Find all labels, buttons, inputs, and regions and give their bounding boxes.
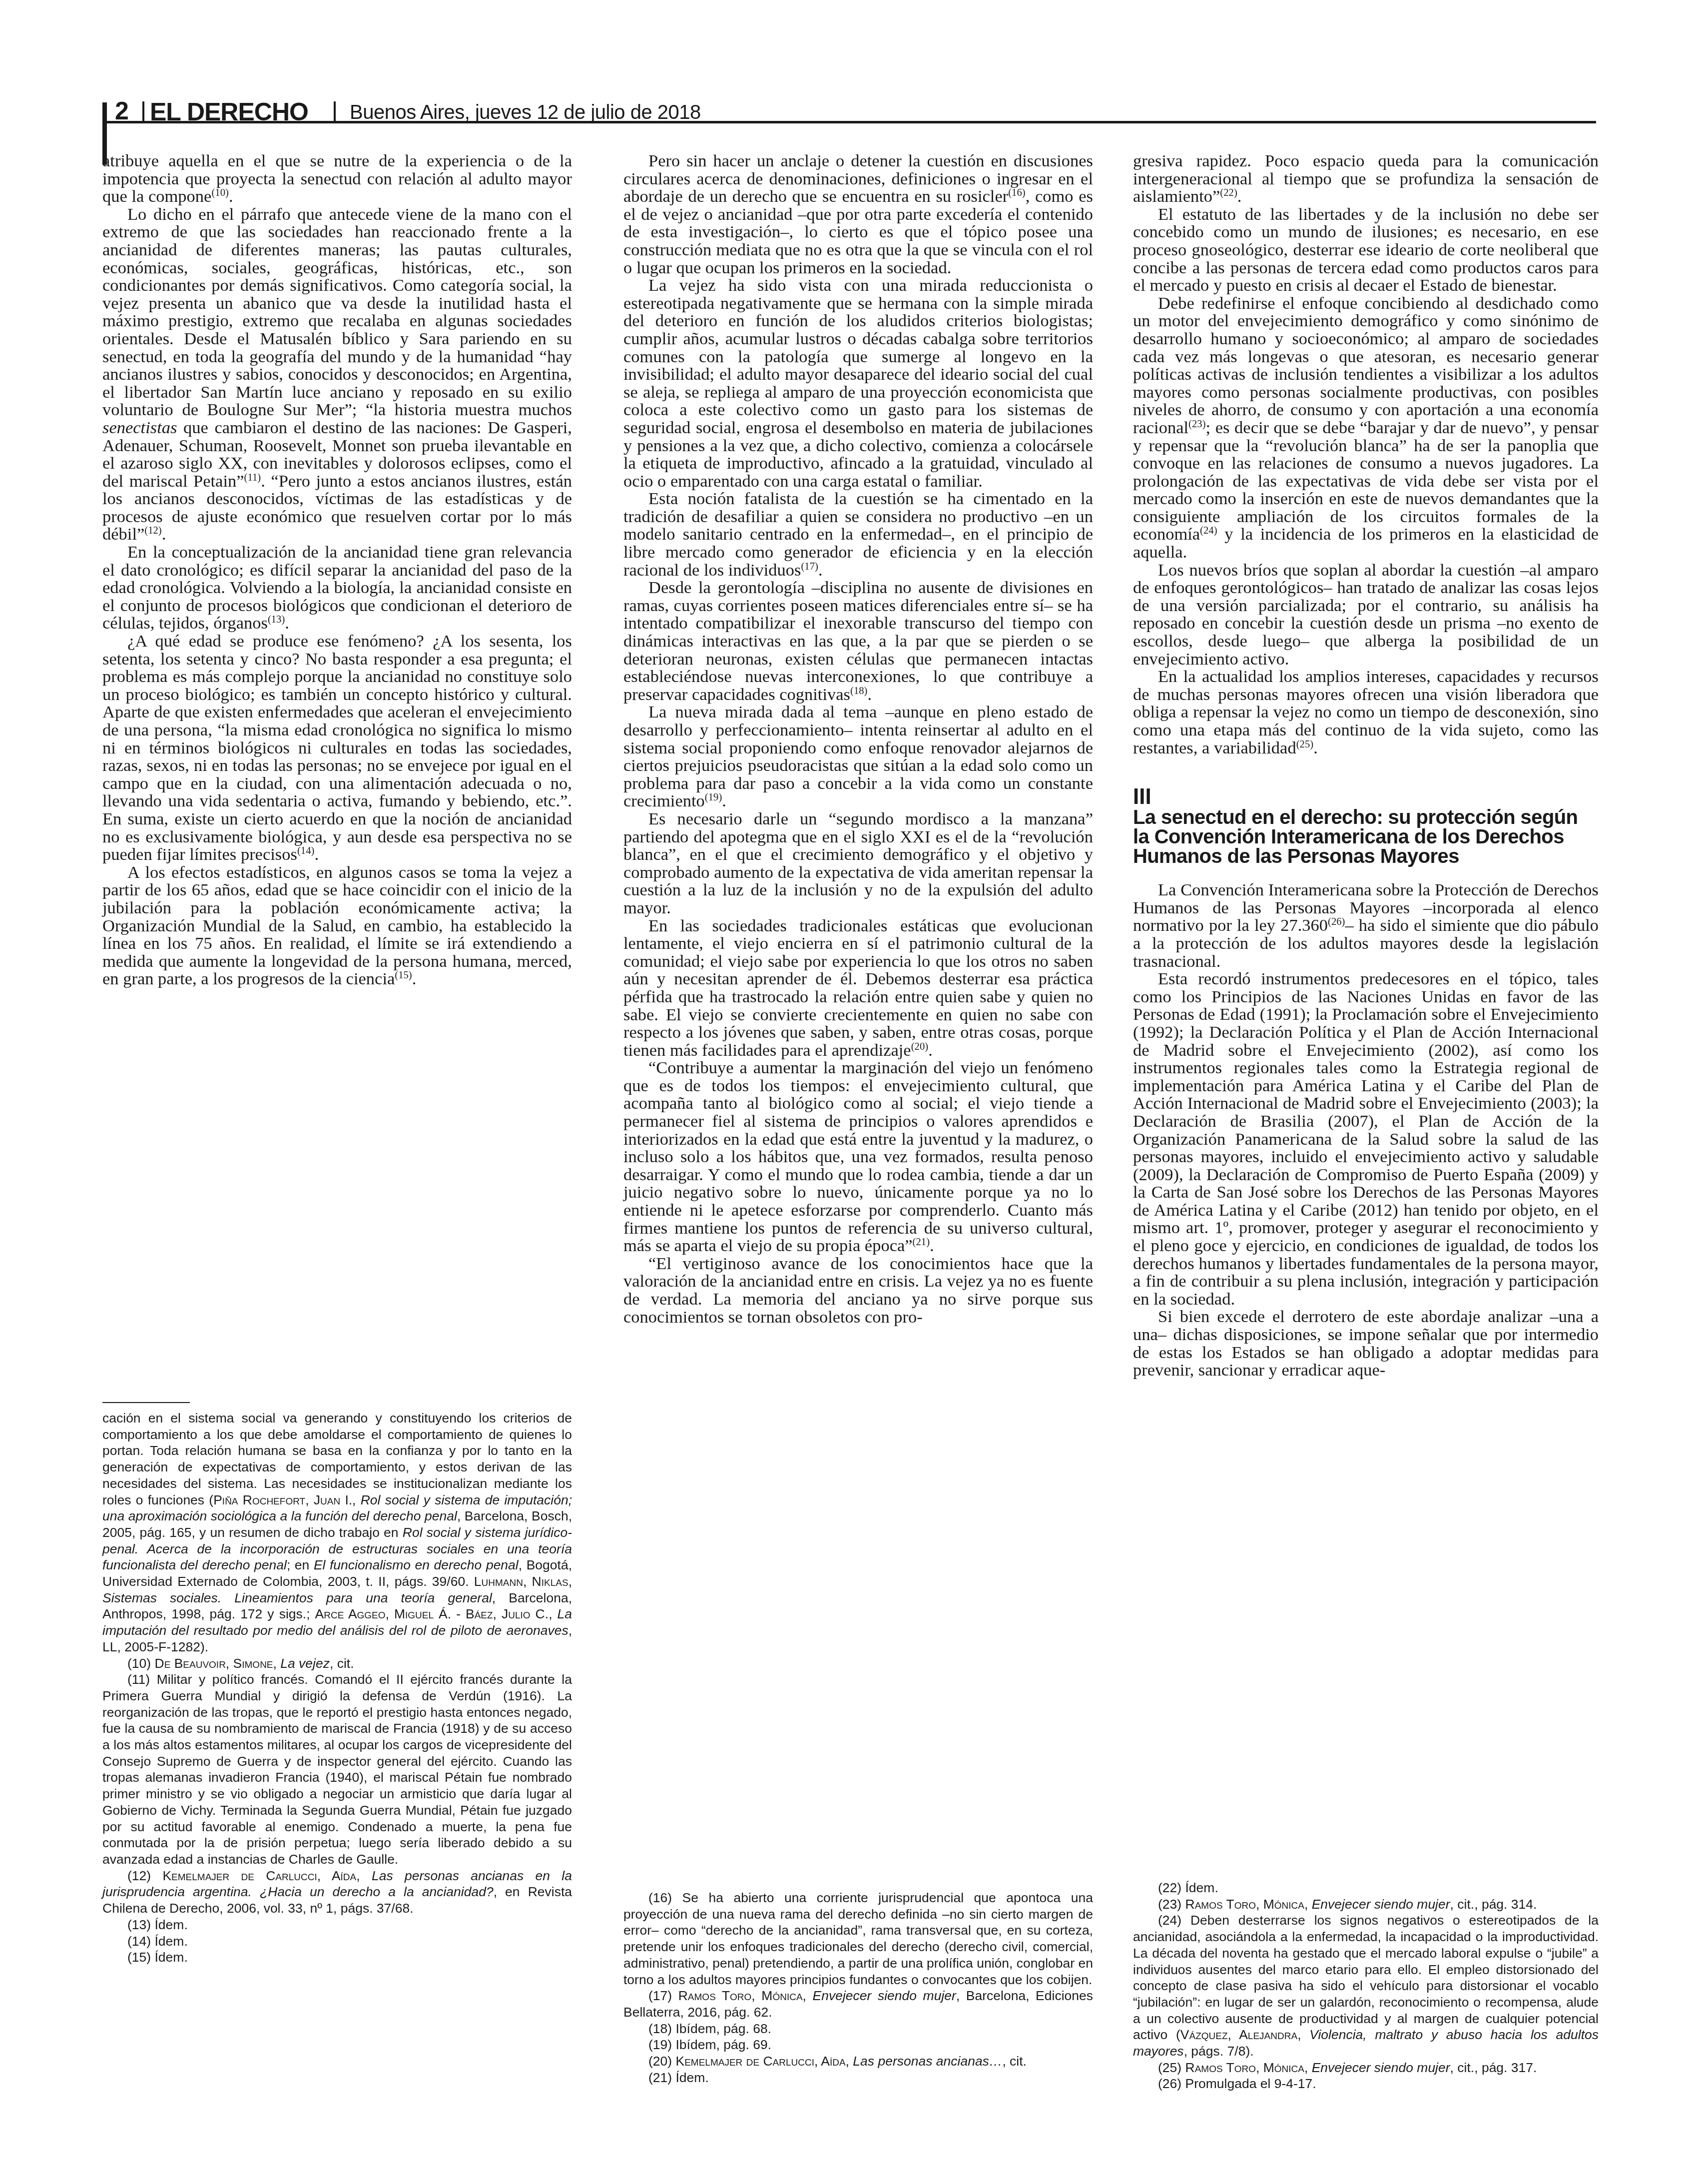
text-run: (25) xyxy=(1158,2060,1185,2075)
italic-text: Envejecer siendo mujer xyxy=(1312,1897,1450,1912)
masthead-divider xyxy=(334,101,336,123)
article-column-1: atribuye aquella en el que se nutre de l… xyxy=(102,152,572,988)
text-run: , cit., pág. 314. xyxy=(1450,1897,1537,1912)
text-run: Si bien excede el derrotero de este abor… xyxy=(1133,1307,1599,1380)
section-heading: La senectud en el derecho: su protección… xyxy=(1133,808,1599,866)
masthead: 2 EL DERECHO Buenos Aires, jueves 12 de … xyxy=(102,87,1596,127)
text-run: A los efectos estadísticos, en algunos c… xyxy=(102,863,572,989)
author-name: Ramos Toro, Mónica xyxy=(678,1988,803,2003)
text-run: . xyxy=(1313,738,1318,757)
paragraph: “El vertiginoso avance de los conocimien… xyxy=(623,1255,1093,1326)
text-run: , págs. 7/8). xyxy=(1184,2044,1254,2059)
text-run: . xyxy=(930,1236,934,1255)
footnote-ref: (23) xyxy=(1188,419,1205,430)
author-name: Vázquez, Alejandra xyxy=(1180,2027,1297,2042)
paragraph: (26) Promulgada el 9-4-17. xyxy=(1133,2076,1599,2092)
column-body: Pero sin hacer un anclaje o detener la c… xyxy=(623,152,1093,1326)
column-body: La Convención Interamericana sobre la Pr… xyxy=(1133,881,1599,1380)
paragraph: (16) Se ha abierto una corriente jurispr… xyxy=(623,1890,1093,1988)
text-run: En la actualidad los amplios intereses, … xyxy=(1133,667,1599,757)
text-run: . xyxy=(412,969,417,988)
paragraph: ¿A qué edad se produce ese fenómeno? ¿A … xyxy=(102,633,572,864)
text-run: (17) xyxy=(648,1988,678,2003)
paragraph: (21) Ídem. xyxy=(623,2070,1093,2086)
text-run: (26) Promulgada el 9-4-17. xyxy=(1158,2076,1316,2091)
author-name: Luhmann, Niklas xyxy=(474,1574,568,1589)
paragraph: Desde la gerontología –disciplina no aus… xyxy=(623,579,1093,704)
paragraph: (19) Ibídem, pág. 69. xyxy=(623,2037,1093,2053)
text-run: . xyxy=(818,561,823,580)
author-name: Ramos Toro, Mónica xyxy=(1185,2060,1304,2075)
text-run: , xyxy=(568,1574,572,1589)
text-run: , xyxy=(1297,2027,1309,2042)
text-run: , cit. xyxy=(1002,2054,1027,2069)
text-run: (11) Militar y político francés. Comandó… xyxy=(102,1672,572,1867)
text-run: , xyxy=(803,1988,813,2003)
author-name: Arce Aggeo, Miguel Á. - Báez, Julio C. xyxy=(315,1606,549,1621)
text-run: “El vertiginoso avance de los conocimien… xyxy=(623,1254,1093,1327)
text-run: . xyxy=(285,614,289,633)
footnotes-column-1: cación en el sistema social va generando… xyxy=(102,1410,572,1966)
paragraph: (25) Ramos Toro, Mónica, Envejecer siend… xyxy=(1133,2060,1599,2076)
footnote-ref: (19) xyxy=(705,792,722,803)
footnote-ref: (21) xyxy=(913,1237,930,1248)
text-run: (24) Deben desterrarse los signos negati… xyxy=(1133,1913,1599,2042)
text-run: gresiva rapidez. Poco espacio queda para… xyxy=(1133,151,1599,206)
footnote-ref: (20) xyxy=(911,1041,928,1052)
text-run: Es necesario darle un “segundo mordisco … xyxy=(623,809,1093,917)
footnote-ref: (25) xyxy=(1296,738,1313,749)
text-run: La vejez ha sido vista con una mirada re… xyxy=(623,276,1093,491)
footnote-ref: (22) xyxy=(1220,187,1237,198)
text-run: ¿A qué edad se produce ese fenómeno? ¿A … xyxy=(102,632,572,864)
article-column-2: Pero sin hacer un anclaje o detener la c… xyxy=(623,152,1093,1326)
paragraph: Esta recordó instrumentos predecesores e… xyxy=(1133,970,1599,1308)
author-name: Kemelmajer de Carlucci, Aída xyxy=(162,1868,356,1883)
text-run: , cit., pág. 317. xyxy=(1450,2060,1537,2075)
text-run: . xyxy=(162,525,166,544)
text-run: , cit. xyxy=(330,1656,354,1671)
footnote-ref: (24) xyxy=(1200,525,1217,536)
footnote-ref: (18) xyxy=(850,685,867,696)
paragraph: (23) Ramos Toro, Mónica, Envejecer siend… xyxy=(1133,1896,1599,1913)
paragraph: A los efectos estadísticos, en algunos c… xyxy=(102,864,572,988)
footnotes-column-3: (22) Ídem.(23) Ramos Toro, Mónica, Envej… xyxy=(1133,1880,1599,2092)
paragraph: (14) Ídem. xyxy=(102,1933,572,1950)
text-run: . xyxy=(928,1041,933,1060)
paragraph: El estatuto de las libertades y de la in… xyxy=(1133,206,1599,295)
author-name: Ramos Toro, Mónica xyxy=(1185,1897,1304,1912)
text-run: “Contribuye a aumentar la marginación de… xyxy=(623,1058,1093,1255)
text-run: . xyxy=(722,791,726,810)
footnote-ref: (10) xyxy=(211,187,228,198)
footnote-ref: (11) xyxy=(244,472,261,483)
text-run: . xyxy=(229,187,233,206)
text-run: Esta recordó instrumentos predecesores e… xyxy=(1133,969,1599,1309)
text-run: (15) Ídem. xyxy=(127,1950,188,1965)
text-run: Los nuevos bríos que soplan al abordar l… xyxy=(1133,561,1599,669)
text-run: . xyxy=(1237,187,1242,206)
publication-title: EL DERECHO xyxy=(150,100,308,123)
paragraph: Debe redefinirse el enfoque concibiendo … xyxy=(1133,295,1599,562)
paragraph: (17) Ramos Toro, Mónica, Envejecer siend… xyxy=(623,1988,1093,2020)
paragraph: (20) Kemelmajer de Carlucci, Aída, Las p… xyxy=(623,2053,1093,2070)
footnote-rule xyxy=(102,1402,190,1403)
text-run: atribuye aquella en el que se nutre de l… xyxy=(102,151,572,206)
footnote-ref: (26) xyxy=(1328,916,1345,927)
italic-text: Envejecer siendo mujer xyxy=(813,1988,956,2003)
text-run: En la conceptualización de la ancianidad… xyxy=(102,543,572,633)
text-run: (23) xyxy=(1158,1897,1185,1912)
text-run: (20) xyxy=(648,2054,676,2069)
paragraph: gresiva rapidez. Poco espacio queda para… xyxy=(1133,152,1599,206)
article-column-3: gresiva rapidez. Poco espacio queda para… xyxy=(1133,152,1599,1380)
text-run: , xyxy=(356,1868,372,1883)
text-run: , xyxy=(273,1656,281,1671)
footnote-ref: (16) xyxy=(1008,187,1025,198)
masthead-divider xyxy=(142,101,144,123)
section-number: III xyxy=(1133,786,1599,808)
author-name: Kemelmajer de Carlucci, Aída xyxy=(676,2054,846,2069)
date-line: Buenos Aires, jueves 12 de julio de 2018 xyxy=(350,102,701,122)
text-run: , xyxy=(352,1492,361,1507)
paragraph: (11) Militar y político francés. Comandó… xyxy=(102,1671,572,1867)
text-run: (18) Ibídem, pág. 68. xyxy=(648,2021,771,2036)
paragraph: atribuye aquella en el que se nutre de l… xyxy=(102,152,572,206)
newspaper-page: 2 EL DERECHO Buenos Aires, jueves 12 de … xyxy=(0,0,1682,2184)
paragraph: Los nuevos bríos que soplan al abordar l… xyxy=(1133,562,1599,669)
text-run: , xyxy=(1304,1897,1312,1912)
text-run: ; en xyxy=(287,1557,314,1572)
italic-text: La vejez xyxy=(280,1656,330,1671)
paragraph: cación en el sistema social va generando… xyxy=(102,1410,572,1655)
text-run: El estatuto de las libertades y de la in… xyxy=(1133,205,1599,295)
text-run: , xyxy=(549,1606,557,1621)
text-run: (22) Ídem. xyxy=(1158,1880,1218,1895)
paragraph: (22) Ídem. xyxy=(1133,1880,1599,1896)
footnote-ref: (17) xyxy=(801,561,818,572)
footnote-ref: (12) xyxy=(144,525,161,536)
paragraph: En la conceptualización de la ancianidad… xyxy=(102,544,572,633)
paragraph: (15) Ídem. xyxy=(102,1949,572,1966)
text-run: . xyxy=(314,845,319,864)
text-run: (21) Ídem. xyxy=(648,2070,709,2085)
column-body: atribuye aquella en el que se nutre de l… xyxy=(102,152,572,988)
column-body: gresiva rapidez. Poco espacio queda para… xyxy=(1133,152,1599,757)
paragraph: (18) Ibídem, pág. 68. xyxy=(623,2021,1093,2037)
paragraph: La Convención Interamericana sobre la Pr… xyxy=(1133,881,1599,970)
footnotes-column-2: (16) Se ha abierto una corriente jurispr… xyxy=(623,1890,1093,2086)
text-run: . xyxy=(868,685,872,704)
page-number: 2 xyxy=(115,98,129,123)
footnote-ref: (14) xyxy=(297,845,314,856)
text-run: (14) Ídem. xyxy=(127,1934,188,1949)
italic-text: Envejecer siendo mujer xyxy=(1312,2060,1450,2075)
italic-text: senectistas xyxy=(102,418,177,437)
text-run: (19) Ibídem, pág. 69. xyxy=(648,2037,771,2052)
text-run: Debe redefinirse el enfoque concibiendo … xyxy=(1133,294,1599,437)
author-name: De Beauvoir, Simone xyxy=(155,1656,273,1671)
paragraph: Esta noción fatalista de la cuestión se … xyxy=(623,490,1093,579)
paragraph: Es necesario darle un “segundo mordisco … xyxy=(623,810,1093,917)
text-run: , xyxy=(846,2054,853,2069)
paragraph: “Contribuye a aumentar la marginación de… xyxy=(623,1059,1093,1255)
text-run: (10) xyxy=(127,1656,155,1671)
paragraph: (12) Kemelmajer de Carlucci, Aída, Las p… xyxy=(102,1868,572,1917)
paragraph: La vejez ha sido vista con una mirada re… xyxy=(623,277,1093,490)
text-run: Esta noción fatalista de la cuestión se … xyxy=(623,489,1093,579)
paragraph: (10) De Beauvoir, Simone, La vejez, cit. xyxy=(102,1655,572,1672)
text-run: (12) xyxy=(127,1868,162,1883)
text-run: La nueva mirada dada al tema –aunque en … xyxy=(623,703,1093,810)
paragraph: Pero sin hacer un anclaje o detener la c… xyxy=(623,152,1093,277)
masthead-rule xyxy=(102,121,1596,123)
footnote-ref: (15) xyxy=(395,970,412,981)
text-run: , xyxy=(1304,2060,1312,2075)
text-run: Lo dicho en el párrafo que antecede vien… xyxy=(102,205,572,420)
italic-text: Las personas ancianas… xyxy=(853,2054,1002,2069)
author-name: Piña Rochefort, Juan I. xyxy=(213,1492,352,1507)
italic-text: El funcionalismo en derecho penal xyxy=(314,1557,519,1572)
text-run: (13) Ídem. xyxy=(127,1917,188,1932)
paragraph: En la actualidad los amplios intereses, … xyxy=(1133,668,1599,757)
paragraph: (24) Deben desterrarse los signos negati… xyxy=(1133,1912,1599,2059)
text-run: En las sociedades tradicionales estática… xyxy=(623,916,1093,1060)
text-run: (16) Se ha abierto una corriente jurispr… xyxy=(623,1890,1093,1987)
paragraph: La nueva mirada dada al tema –aunque en … xyxy=(623,704,1093,810)
paragraph: Si bien excede el derrotero de este abor… xyxy=(1133,1308,1599,1379)
footnote-ref: (13) xyxy=(268,614,285,625)
paragraph: (13) Ídem. xyxy=(102,1917,572,1933)
paragraph: Lo dicho en el párrafo que antecede vien… xyxy=(102,206,572,544)
paragraph: En las sociedades tradicionales estática… xyxy=(623,917,1093,1060)
italic-text: Sistemas sociales. Lineamientos para una… xyxy=(102,1590,492,1605)
